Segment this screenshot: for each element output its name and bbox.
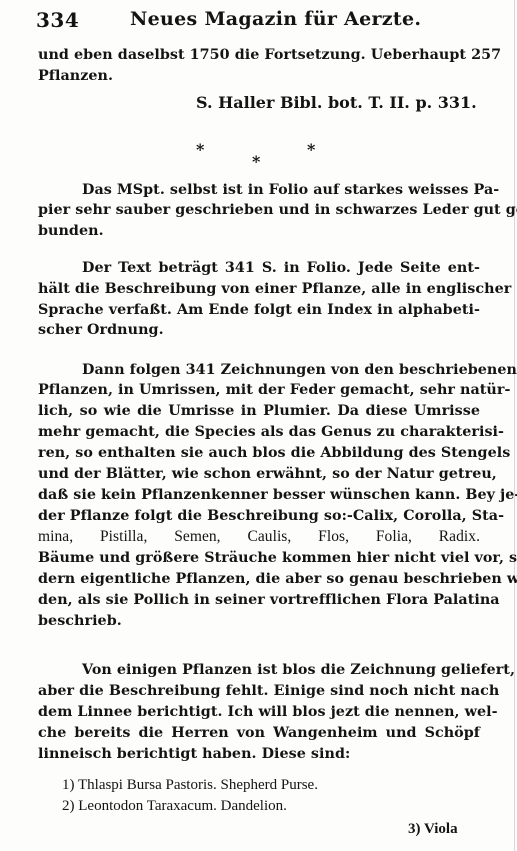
page-header: 334 Neues Magazin für Aerzte. <box>36 8 456 32</box>
paragraph-3-line: lich, so wie die Umrisse in Plumier. Da … <box>38 401 480 421</box>
paragraph-3-line: daß sie kein Pflanzenkenner besser wünsc… <box>38 485 480 505</box>
list-item: 1) Thlaspi Bursa Pastoris. Shepherd Purs… <box>62 775 318 795</box>
asterism-star-right: * <box>307 140 315 159</box>
paragraph-3-line: Bäume und größere Sträuche kommen hier n… <box>38 548 480 568</box>
paragraph-3-line: Dann folgen 341 Zeichnungen von den besc… <box>82 360 480 380</box>
paragraph-3-line: mina, Pistilla, Semen, Caulis, Flos, Fol… <box>38 527 480 547</box>
list-item-text: Thlaspi Bursa Pastoris. Shepherd Purse. <box>78 777 318 793</box>
book-page: 334 Neues Magazin für Aerzte. und eben d… <box>0 0 517 851</box>
paragraph-4-line: aber die Beschreibung fehlt. Einige sind… <box>38 681 480 701</box>
paragraph-2-line: scher Ordnung. <box>38 320 480 340</box>
list-item: 2) Leontodon Taraxacum. Dandelion. <box>62 796 287 816</box>
paragraph-3-line: der Pflanze folgt die Beschreibung so:-C… <box>38 506 480 526</box>
paragraph-4-line: che bereits die Herren von Wangenheim un… <box>38 723 480 743</box>
paragraph-3-line: mehr gemacht, die Species als das Genus … <box>38 422 480 442</box>
running-title: Neues Magazin für Aerzte. <box>130 8 421 30</box>
paragraph-1-line: pier sehr sauber geschrieben und in schw… <box>38 200 480 220</box>
citation: S. Haller Bibl. bot. T. II. p. 331. <box>196 93 477 112</box>
list-item-number: 1) <box>62 777 75 793</box>
paragraph-3-line: Pflanzen, in Umrissen, mit der Feder gem… <box>38 380 480 400</box>
asterism-star-left: * <box>196 140 204 159</box>
paragraph-2-line: Der Text beträgt 341 S. in Folio. Jede S… <box>82 258 480 278</box>
paragraph-1-line: Das MSpt. selbst ist in Folio auf starke… <box>82 180 480 200</box>
page-number: 334 <box>36 8 79 32</box>
paragraph-1-line: bunden. <box>38 221 480 241</box>
list-item-text: Leontodon Taraxacum. Dandelion. <box>78 798 287 814</box>
paragraph-3-line: ren, so enthalten sie auch blos die Abbi… <box>38 443 480 463</box>
paragraph-3-line: beschrieb. <box>38 611 480 631</box>
paragraph-4-line: Von einigen Pflanzen ist blos die Zeichn… <box>82 660 480 680</box>
paragraph-3-line: den, als sie Pollich in seiner vortreffl… <box>38 590 480 610</box>
text-line: Pflanzen. <box>38 66 480 86</box>
asterism-star-center: * <box>252 152 260 171</box>
paragraph-3-line: und der Blätter, wie schon erwähnt, so d… <box>38 464 480 484</box>
paragraph-3-line: dern eigentliche Pflanzen, die aber so g… <box>38 569 480 589</box>
text-line: und eben daselbst 1750 die Fortsetzung. … <box>38 45 480 65</box>
page-edge-line <box>514 0 515 851</box>
catchword: 3) Viola <box>408 821 458 838</box>
paragraph-2-line: Sprache verfaßt. Am Ende folgt ein Index… <box>38 300 480 320</box>
paragraph-2-line: hält die Beschreibung von einer Pflanze,… <box>38 279 480 299</box>
paragraph-4-line: linneisch berichtigt haben. Diese sind: <box>38 744 480 764</box>
list-item-number: 2) <box>62 798 75 814</box>
paragraph-4-line: dem Linnee berichtigt. Ich will blos jez… <box>38 702 480 722</box>
